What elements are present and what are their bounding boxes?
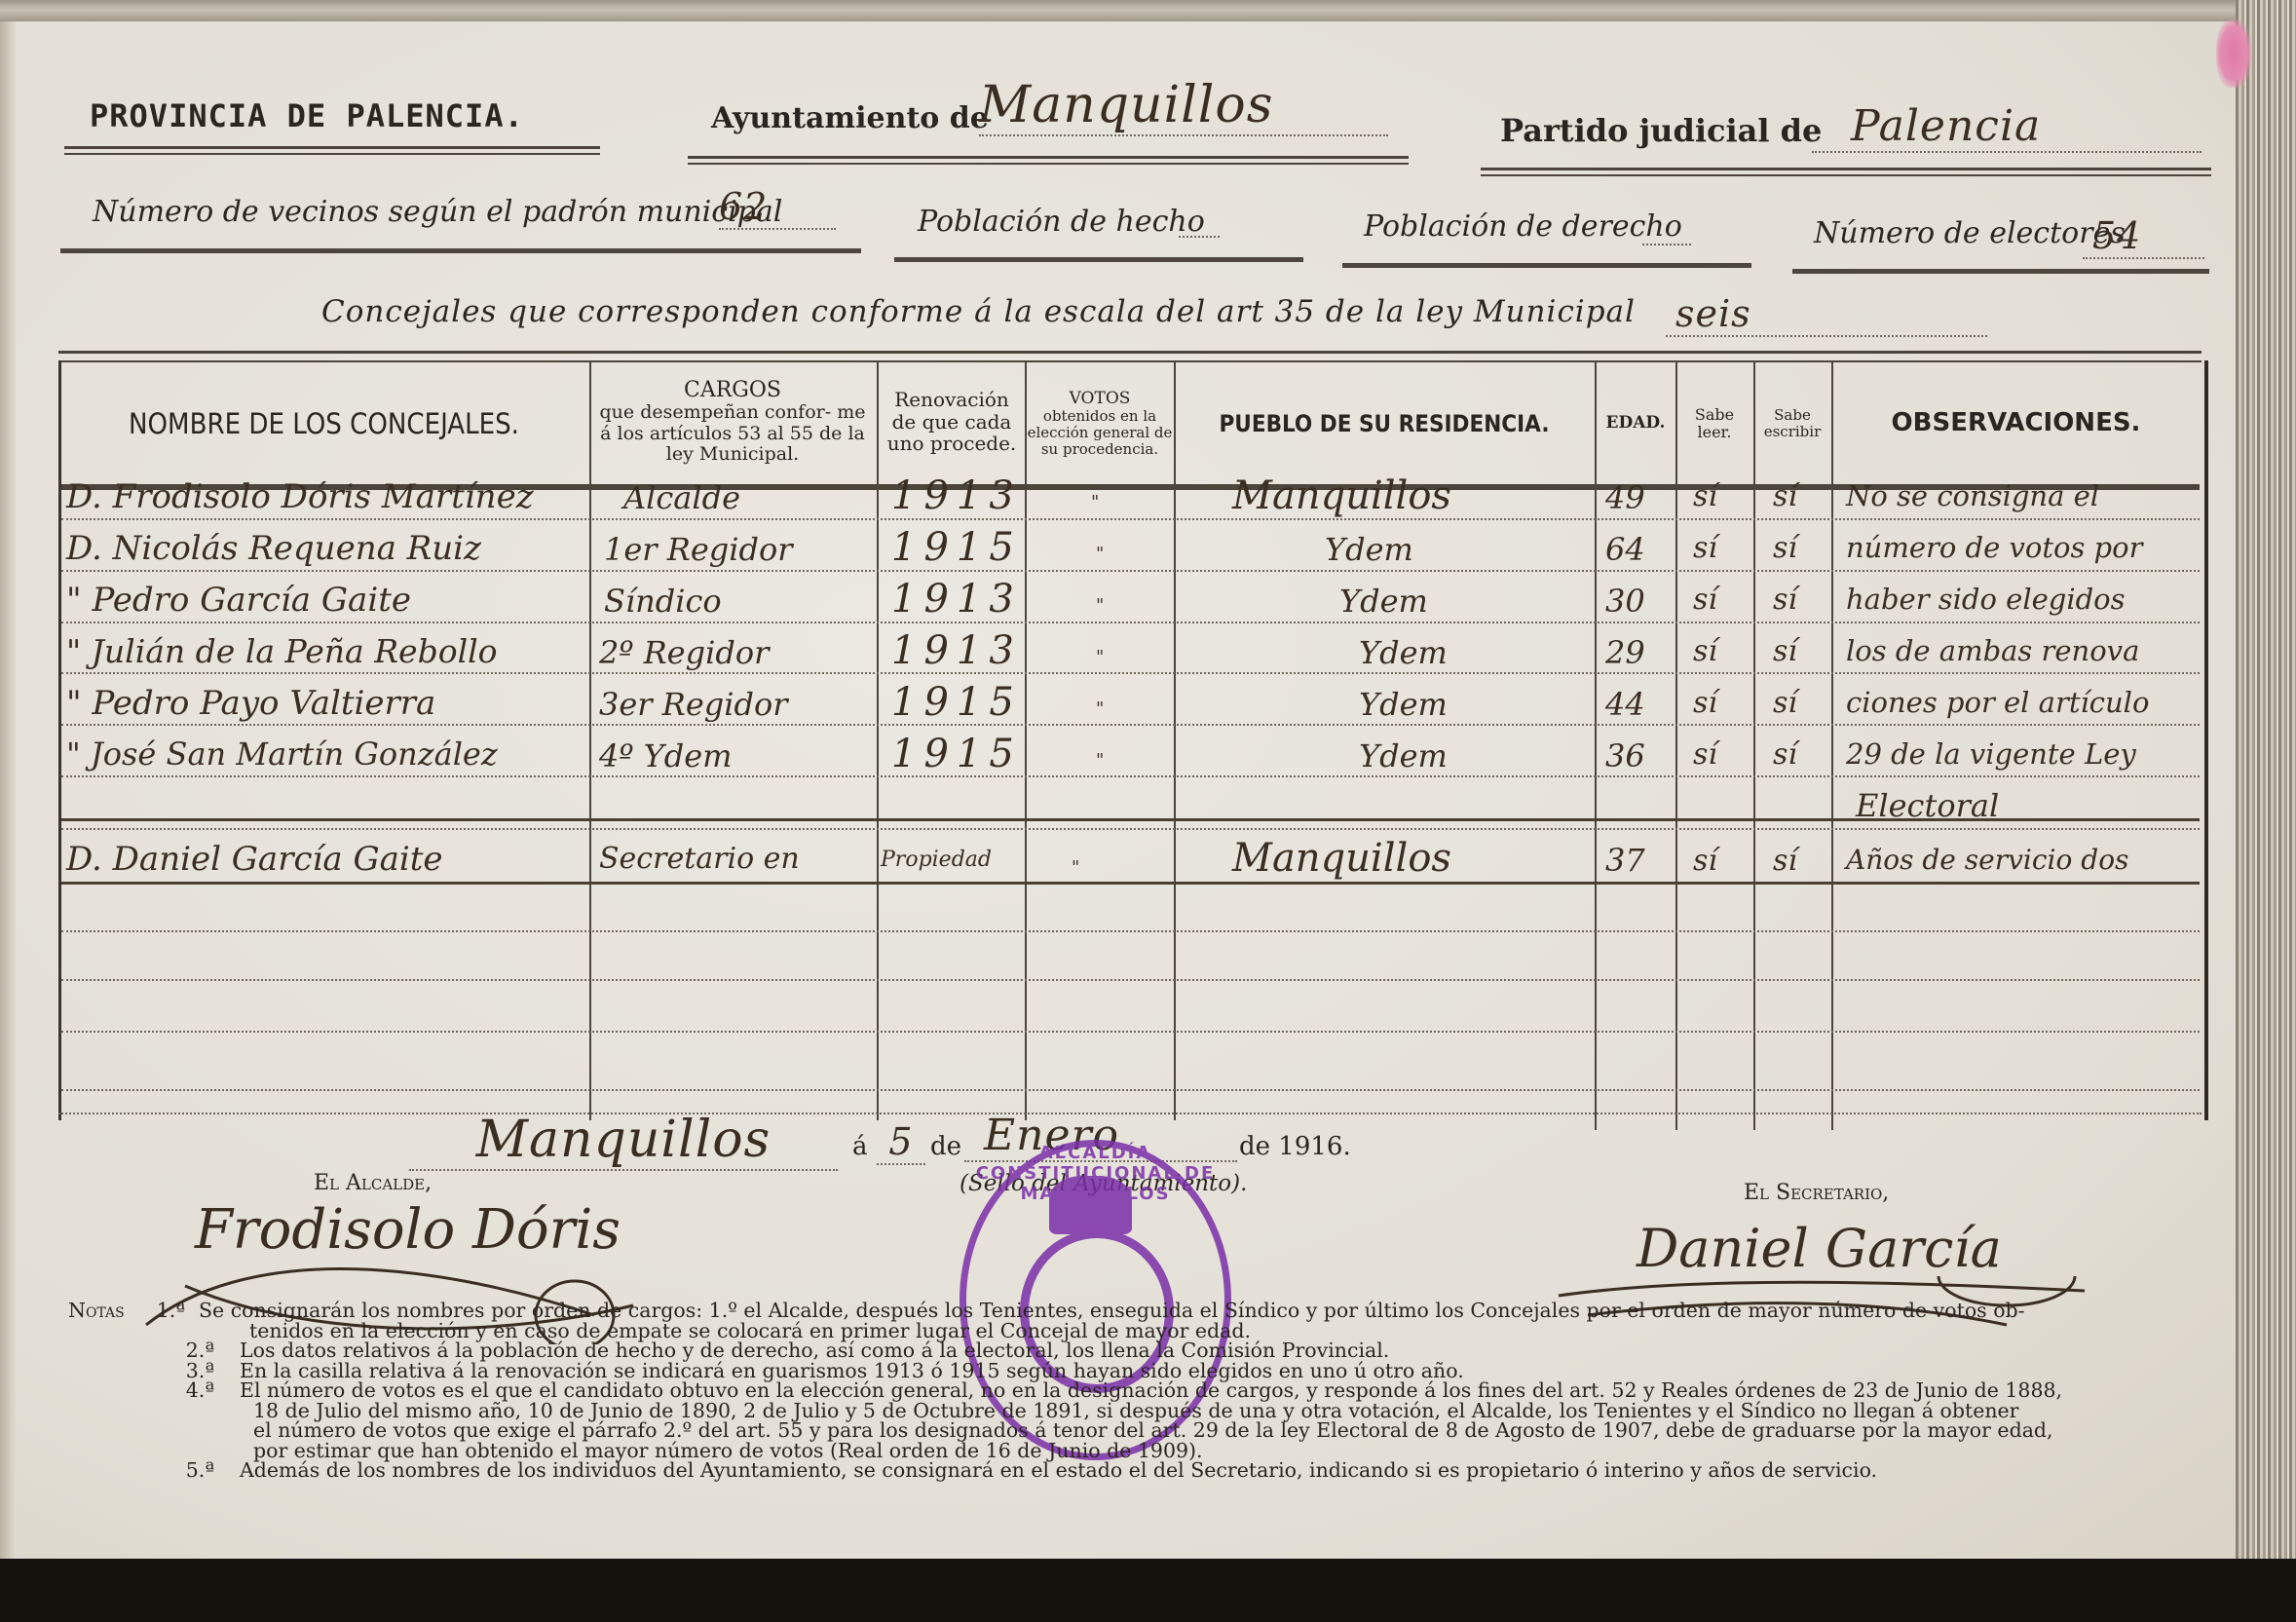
derecho-label: Población de derecho [1364,209,1682,244]
cell-votos: " [1096,595,1104,616]
cell-obs: Años de servicio dos [1846,844,2128,876]
col-divider [877,360,879,1120]
cell-renovacion: 1913 [891,473,1022,518]
page-gutter [0,21,16,1561]
note-number: 3.ª [166,1361,214,1381]
cell-leer: sí [1693,844,1717,878]
vecinos-label: Número de vecinos según el padrón munici… [93,195,782,229]
cell-escribir: sí [1773,634,1797,668]
cell-pueblo: Manquillos [1232,836,1451,881]
cell-escribir: sí [1773,479,1797,513]
cell-leer: sí [1693,686,1717,720]
ayuntamiento-value: Manquillos [979,76,1388,136]
cell-leer: sí [1693,634,1717,668]
row-line [61,775,2200,777]
note-2: 2.ªLos datos relativos á la población de… [68,1340,2172,1361]
row-line [61,672,2200,674]
cell-renovacion: 1913 [891,577,1022,622]
cell-cargo: 1er Regidor [604,531,793,568]
cell-edad: 44 [1605,686,1645,723]
row-line [61,828,2200,830]
cell-pueblo: Ydem [1339,583,1428,620]
provincia-title: PROVINCIA DE PALENCIA. [90,97,524,134]
note-text: por estimar que han obtenido el mayor nú… [68,1441,2172,1461]
cell-cargo: 2º Regidor [599,634,769,671]
vecinos-value: 62 [719,185,836,230]
notes-section: Notas1.ªSe consignarán los nombres por o… [68,1301,2172,1481]
provincia-rule [64,146,600,155]
hecho-rule [894,257,1303,262]
ayuntamiento-rule [688,156,1409,165]
cell-renovacion: 1915 [891,525,1022,570]
cell-renovacion: 1913 [891,628,1022,673]
secretary-underline [61,882,2200,885]
cell-escribir: sí [1773,531,1797,565]
note-number: 5.ª [146,1460,214,1481]
note-1: Notas1.ªSe consignarán los nombres por o… [68,1301,2172,1321]
cell-escribir: sí [1773,844,1797,878]
electores-rule [1792,269,2209,274]
note-text: 18 de Julio del mismo año, 10 de Junio d… [68,1401,2172,1421]
book-page-edges [2236,0,2296,1622]
date-place: Manquillos [409,1111,838,1171]
cell-nombre: " Pedro Payo Valtierra [66,684,435,723]
alcalde-label: El Alcalde, [314,1171,432,1195]
cell-renovacion: Propiedad [881,848,992,872]
row-line [61,570,2200,572]
cell-leer: sí [1693,583,1717,617]
header-cargos-title: CARGOS [684,379,781,403]
notes-label: Notas [68,1301,146,1321]
header-pueblo: PUEBLO DE SU RESIDENCIA. [1176,365,1593,482]
note-number: 2.ª [166,1340,214,1361]
row-line [61,1031,2200,1033]
secretario-label: El Secretario, [1744,1181,1889,1205]
electores-value: 54 [2083,214,2204,259]
header-votos: VOTOS obtenidos en la elección general d… [1027,365,1173,482]
cell-cargo: 4º Ydem [599,737,732,774]
header-votos-sub: obtenidos en la elección general de su p… [1027,408,1173,457]
cell-nombre: " Julián de la Peña Rebollo [66,632,498,670]
cell-nombre: " José San Martín González [66,736,498,773]
electores-label: Número de electores [1814,216,2126,250]
concejales-value: seis [1666,292,1987,337]
row-line [61,979,2200,981]
cell-edad: 30 [1605,583,1645,620]
cell-nombre: " Pedro García Gaite [66,581,411,620]
note-text: el número de votos que exige el párrafo … [68,1420,2172,1441]
seal-text: ALCALDÍA CONSTITUCIONAL DE MANQUILLOS [966,1143,1224,1204]
cell-cargo: 3er Regidor [599,686,788,723]
cell-escribir: sí [1773,686,1797,720]
row-line [61,724,2200,726]
cell-edad: 49 [1605,479,1645,516]
date-a: á [852,1132,868,1161]
cell-nombre: D. Daniel García Gaite [66,840,443,879]
cell-pueblo: Ydem [1359,686,1448,723]
cell-nombre: D. Nicolás Requena Ruiz [66,529,481,568]
cell-pueblo: Manquillos [1232,473,1451,518]
partido-value: Palencia [1812,101,2202,153]
date-de: de [930,1132,961,1161]
row-line [61,622,2200,623]
cell-pueblo: Ydem [1359,737,1448,774]
header-observaciones: OBSERVACIONES. [1833,365,2199,482]
cell-obs: número de votos por [1846,531,2142,564]
header-escribir: Sabe escribir [1754,365,1830,482]
cell-cargo: Secretario en [599,842,800,876]
date-day: 5 [877,1120,925,1165]
row-line [61,518,2200,520]
scan-background [0,1559,2296,1622]
cell-pueblo: Ydem [1359,634,1448,671]
cell-votos: " [1091,492,1099,512]
cell-escribir: sí [1773,583,1797,617]
cell-votos: " [1096,544,1104,564]
hecho-label: Población de hecho [918,205,1205,239]
note-text: tenidos en la elección y en caso de empa… [68,1321,2172,1341]
cell-cargo: Síndico [604,583,722,620]
note-number: 4.ª [166,1380,214,1401]
derecho-rule [1342,263,1751,268]
cell-votos: " [1072,857,1079,878]
cell-edad: 29 [1605,634,1645,671]
hecho-value [1179,234,1220,238]
cell-leer: sí [1693,479,1717,513]
cell-leer: sí [1693,737,1717,772]
row-line [61,1089,2200,1091]
cell-leer: sí [1693,531,1717,565]
cell-votos: " [1096,647,1104,667]
cell-votos: " [1096,750,1104,771]
ayuntamiento-label: Ayuntamiento de [711,101,989,135]
cell-obs: ciones por el artículo [1846,686,2149,719]
cell-votos: " [1096,698,1104,719]
header-votos-title: VOTOS [1070,390,1131,408]
cell-edad: 64 [1605,531,1645,568]
header-leer: Sabe leer. [1676,365,1752,482]
cell-edad: 37 [1605,842,1645,879]
vecinos-rule [60,248,861,253]
note-4: 4.ªEl número de votos es el que el candi… [68,1380,2172,1401]
header-cargos-sub: que desempeñan confor- me á los artículo… [596,402,869,465]
partido-rule [1481,168,2211,176]
header-renovacion: Renovación de que cada uno procede. [880,362,1024,481]
cell-renovacion: 1915 [891,732,1022,776]
header-cargos: CARGOS que desempeñan confor- me á los a… [590,362,875,481]
cell-pueblo: Ydem [1325,531,1413,568]
date-year: de 1916. [1239,1132,1351,1161]
partido-label: Partido judicial de [1500,112,1822,149]
cell-obs: los de ambas renova [1846,634,2139,667]
header-nombre: NOMBRE DE LOS CONCEJALES. [63,365,584,482]
cell-obs: 29 de la vigente Ley [1846,737,2136,771]
cell-obs: haber sido elegidos [1846,583,2126,616]
cell-nombre: D. Frodisolo Dóris Martínez [66,477,534,516]
pink-ink-mark [2216,19,2251,88]
cell-renovacion: 1915 [891,680,1022,725]
concejales-label: Concejales que corresponden conforme á l… [321,294,1636,329]
row-line [61,930,2200,932]
cell-escribir: sí [1773,737,1797,772]
cell-obs-continuation: Electoral [1856,787,1999,824]
note-text: Además de los nombres de los individuos … [240,1458,1877,1482]
cell-obs: No se consigna el [1846,479,2099,512]
derecho-value [1642,242,1691,245]
cell-cargo: Alcalde [623,479,740,516]
cell-edad: 36 [1605,737,1645,774]
note-5: 5.ªAdemás de los nombres de los individu… [68,1460,2172,1481]
header-edad: EDAD. [1596,365,1675,482]
note-number: 1.ª [146,1301,185,1321]
note-3: 3.ªEn la casilla relativa á la renovació… [68,1361,2172,1381]
